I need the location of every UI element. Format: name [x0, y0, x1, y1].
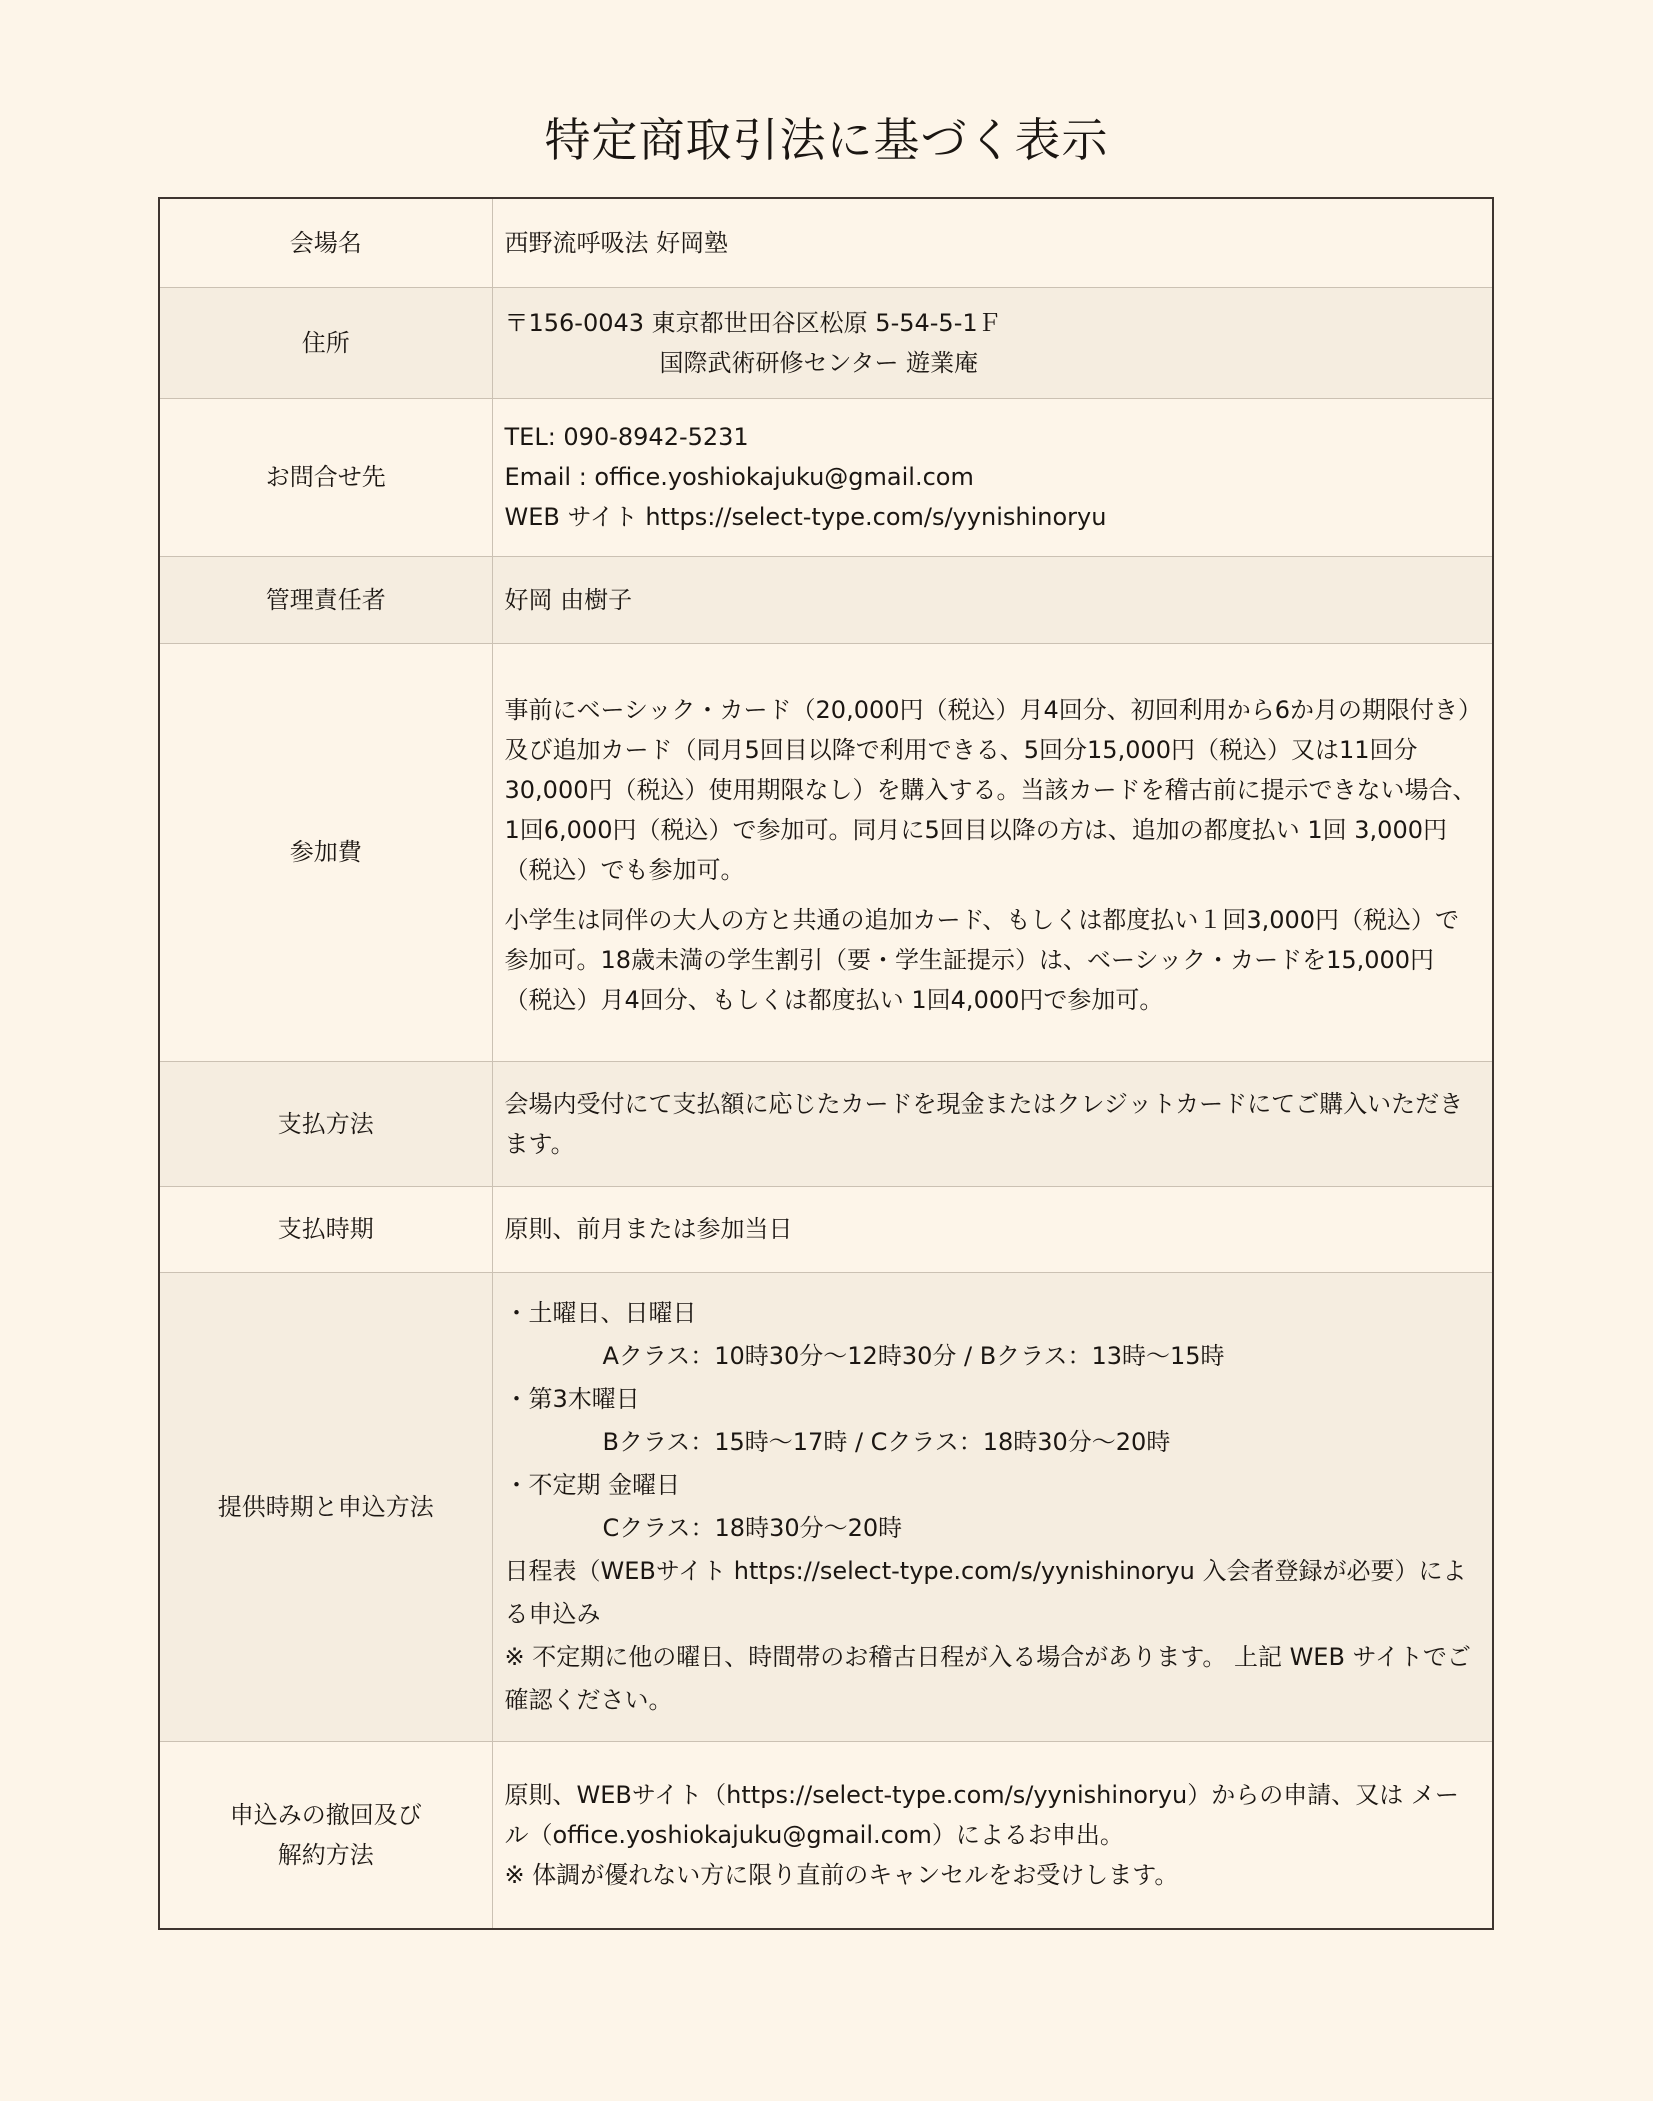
value-venue-name: 西野流呼吸法 好岡塾 — [492, 198, 1493, 287]
table-row-venue: 会場名 西野流呼吸法 好岡塾 — [159, 198, 1493, 287]
value-payment-timing: 原則、前月または参加当日 — [492, 1186, 1493, 1272]
table-row-manager: 管理責任者 好岡 由樹子 — [159, 556, 1493, 643]
table-row-payment-method: 支払方法 会場内受付にて支払額に応じたカードを現金またはクレジットカードにてご購… — [159, 1061, 1493, 1186]
cancellation-note: ※ 体調が優れない方に限り直前のキャンセルをお受けします。 — [505, 1855, 1481, 1895]
label-payment-method: 支払方法 — [159, 1061, 492, 1186]
label-manager: 管理責任者 — [159, 556, 492, 643]
value-fees: 事前にベーシック・カード（20,000円（税込）月4回分、初回利用から6か月の期… — [492, 643, 1493, 1061]
value-schedule: ・土曜日、日曜日 Aクラス：10時30分〜12時30分 / Bクラス：13時〜1… — [492, 1272, 1493, 1741]
fees-paragraph-student: 小学生は同伴の大人の方と共通の追加カード、もしくは都度払い１回3,000円（税込… — [505, 900, 1481, 1020]
page-title: 特定商取引法に基づく表示 — [0, 112, 1653, 168]
value-payment-method: 会場内受付にて支払額に応じたカードを現金またはクレジットカードにてご購入いただき… — [492, 1061, 1493, 1186]
schedule-day-third-thursday: ・第3木曜日 — [505, 1378, 1481, 1421]
label-cancellation: 申込みの撤回及び 解約方法 — [159, 1741, 492, 1929]
table-row-payment-timing: 支払時期 原則、前月または参加当日 — [159, 1186, 1493, 1272]
contact-website-link[interactable]: WEB サイト https://select-type.com/s/yynish… — [505, 497, 1481, 537]
table-row-fees: 参加費 事前にベーシック・カード（20,000円（税込）月4回分、初回利用から6… — [159, 643, 1493, 1061]
fees-paragraph-adult: 事前にベーシック・カード（20,000円（税込）月4回分、初回利用から6か月の期… — [505, 690, 1481, 890]
contact-tel: TEL: 090-8942-5231 — [505, 417, 1481, 457]
table-row-contact: お問合せ先 TEL: 090-8942-5231 Email : office.… — [159, 398, 1493, 556]
schedule-day-weekend: ・土曜日、日曜日 — [505, 1292, 1481, 1335]
label-cancellation-line-1: 申込みの撤回及び — [170, 1795, 482, 1835]
label-cancellation-line-2: 解約方法 — [170, 1835, 482, 1875]
schedule-classes-third-thursday: Bクラス：15時〜17時 / Cクラス：18時30分〜20時 — [505, 1421, 1481, 1464]
venue-name-text: 西野流呼吸法 好岡塾 — [505, 223, 1481, 263]
table-row-cancellation: 申込みの撤回及び 解約方法 原則、WEBサイト（https://select-t… — [159, 1741, 1493, 1929]
table-row-address: 住所 〒156-0043 東京都世田谷区松原 5-54-5-1Ｆ 国際武術研修セ… — [159, 287, 1493, 398]
address-line-2: 国際武術研修センター 遊業庵 — [505, 343, 1481, 383]
table-row-schedule: 提供時期と申込方法 ・土曜日、日曜日 Aクラス：10時30分〜12時30分 / … — [159, 1272, 1493, 1741]
label-payment-timing: 支払時期 — [159, 1186, 492, 1272]
manager-name: 好岡 由樹子 — [505, 580, 1481, 620]
commerce-disclosure-table: 会場名 西野流呼吸法 好岡塾 住所 〒156-0043 東京都世田谷区松原 5-… — [158, 197, 1494, 1930]
value-manager: 好岡 由樹子 — [492, 556, 1493, 643]
schedule-booking-text: 日程表（WEBサイト https://select-type.com/s/yyn… — [505, 1550, 1481, 1636]
schedule-classes-irregular-friday: Cクラス：18時30分〜20時 — [505, 1507, 1481, 1550]
payment-method-text: 会場内受付にて支払額に応じたカードを現金またはクレジットカードにてご購入いただき… — [505, 1084, 1481, 1164]
cancellation-text: 原則、WEBサイト（https://select-type.com/s/yyni… — [505, 1775, 1481, 1855]
value-cancellation: 原則、WEBサイト（https://select-type.com/s/yyni… — [492, 1741, 1493, 1929]
label-schedule: 提供時期と申込方法 — [159, 1272, 492, 1741]
label-address: 住所 — [159, 287, 492, 398]
schedule-classes-weekend: Aクラス：10時30分〜12時30分 / Bクラス：13時〜15時 — [505, 1335, 1481, 1378]
label-contact: お問合せ先 — [159, 398, 492, 556]
schedule-day-irregular-friday: ・不定期 金曜日 — [505, 1464, 1481, 1507]
schedule-note: ※ 不定期に他の曜日、時間帯のお稽古日程が入る場合があります。 上記 WEB サ… — [505, 1636, 1481, 1722]
value-contact: TEL: 090-8942-5231 Email : office.yoshio… — [492, 398, 1493, 556]
label-fees: 参加費 — [159, 643, 492, 1061]
payment-timing-text: 原則、前月または参加当日 — [505, 1209, 1481, 1249]
address-line-1: 〒156-0043 東京都世田谷区松原 5-54-5-1Ｆ — [505, 303, 1481, 343]
label-venue-name: 会場名 — [159, 198, 492, 287]
value-address: 〒156-0043 東京都世田谷区松原 5-54-5-1Ｆ 国際武術研修センター… — [492, 287, 1493, 398]
contact-email-link[interactable]: Email : office.yoshiokajuku@gmail.com — [505, 457, 1481, 497]
